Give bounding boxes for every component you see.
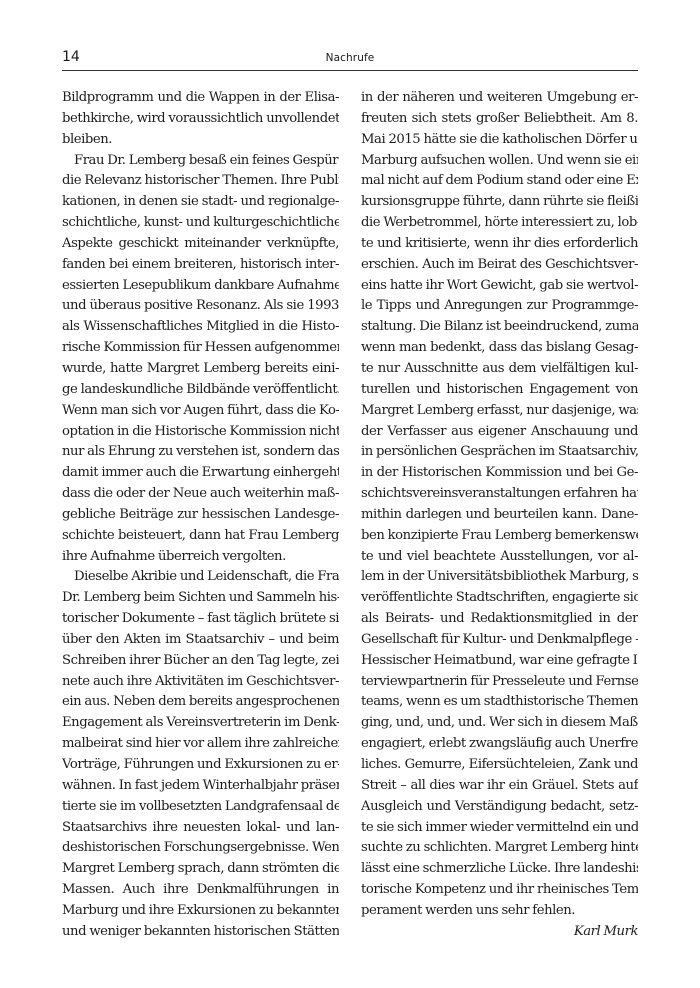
text-line: der Verfasser aus eigener Anschauung und	[361, 422, 638, 443]
text-line: turellen und historischen Engagement von	[361, 380, 638, 401]
text-line: Wenn man sich vor Augen führt, dass die …	[62, 401, 339, 422]
text-line: te nur Ausschnitte aus dem vielfältigen …	[361, 359, 638, 380]
text-line: engagiert, erlebt zwangsläufig auch Uner…	[361, 734, 638, 755]
text-line: kationen, in denen sie stadt- und region…	[62, 192, 339, 213]
text-line: teams, wenn es um stadthistorische Theme…	[361, 692, 638, 713]
text-line: in der näheren und weiteren Umgebung er-	[361, 88, 638, 109]
text-line: als Beirats- und Redaktionsmitglied in d…	[361, 609, 638, 630]
text-line: eins hatte ihr Wort Gewicht, gab sie wer…	[361, 276, 638, 297]
text-line: malbeirat sind hier vor allem ihre zahlr…	[62, 734, 339, 755]
text-line: le Tipps und Anregungen zur Programmge-	[361, 296, 638, 317]
document-page: 14 Nachrufe Bildprogramm und die Wappen …	[0, 0, 700, 988]
text-line: Bildprogramm und die Wappen in der Elisa…	[62, 88, 339, 109]
text-line: und überaus positive Resonanz. Als sie 1…	[62, 296, 339, 317]
text-line: te und kritisierte, wenn ihr dies erford…	[361, 234, 638, 255]
text-line: schichtliche, kunst- und kulturgeschicht…	[62, 213, 339, 234]
text-line: wenn man bedenkt, dass das bislang Gesag…	[361, 338, 638, 359]
text-line: ein aus. Neben dem bereits angesprochene…	[62, 692, 339, 713]
text-line: schichte beisteuert, dann hat Frau Lembe…	[62, 526, 339, 547]
text-line: Staatsarchivs ihre neuesten lokal- und l…	[62, 818, 339, 839]
text-line: staltung. Die Bilanz ist beeindruckend, …	[361, 317, 638, 338]
text-line: bethkirche, wird voraussichtlich unvolle…	[62, 109, 339, 130]
text-line: Engagement als Vereinsvertreterin im Den…	[62, 713, 339, 734]
text-line: über den Akten im Staatsarchiv – und bei…	[62, 630, 339, 651]
text-line: mal nicht auf dem Podium stand oder eine…	[361, 171, 638, 192]
text-line: erschien. Auch im Beirat des Geschichtsv…	[361, 255, 638, 276]
text-line: ihre Aufnahme überreich vergolten.	[62, 547, 339, 568]
text-line: rische Kommission für Hessen aufgenommen	[62, 338, 339, 359]
text-line: wurde, hatte Margret Lemberg bereits ein…	[62, 359, 339, 380]
text-line: bleiben.	[62, 130, 339, 151]
text-line: Vorträge, Führungen und Exkursionen zu e…	[62, 755, 339, 776]
text-line: Marburg aufsuchen wollen. Und wenn sie e…	[361, 151, 638, 172]
text-column-left: Bildprogramm und die Wappen in der Elisa…	[62, 88, 339, 943]
text-line: ben konzipierte Frau Lemberg bemerkenswe…	[361, 526, 638, 547]
text-line: und weniger bekannten historischen Stätt…	[62, 922, 339, 943]
text-line: nur als Ehrung zu verstehen ist, sondern…	[62, 442, 339, 463]
text-line: lässt eine schmerzliche Lücke. Ihre land…	[361, 859, 638, 880]
text-line: damit immer auch die Erwartung einhergeh…	[62, 463, 339, 484]
text-line: in persönlichen Gesprächen im Staatsarch…	[361, 442, 638, 463]
text-line: te sie sich immer wieder vermittelnd ein…	[361, 818, 638, 839]
text-line: kursionsgruppe führte, dann rührte sie f…	[361, 192, 638, 213]
text-line: optation in die Historische Kommission n…	[62, 422, 339, 443]
text-line: deshistorischen Forschungsergebnisse. We…	[62, 838, 339, 859]
text-line: Marburg und ihre Exkursionen zu bekannte…	[62, 901, 339, 922]
text-line: te und viel beachtete Ausstellungen, vor…	[361, 547, 638, 568]
text-line: terviewpartnerin für Presseleute und Fer…	[361, 672, 638, 693]
text-line: ging, und, und, und. Wer sich in diesem …	[361, 713, 638, 734]
section-title: Nachrufe	[62, 47, 638, 69]
text-line: Margret Lemberg erfasst, nur dasjenige, …	[361, 401, 638, 422]
text-line: als Wissenschaftliches Mitglied in die H…	[62, 317, 339, 338]
text-line: veröffentlichte Stadtschriften, engagier…	[361, 588, 638, 609]
author-signature: Karl Murk	[361, 922, 638, 943]
text-line: mithin darlegen und beurteilen kann. Dan…	[361, 505, 638, 526]
text-line: die Relevanz historischer Themen. Ihre P…	[62, 171, 339, 192]
text-line: essierten Lesepublikum dankbare Aufnahme	[62, 276, 339, 297]
text-line: Dr. Lemberg beim Sichten und Sammeln his…	[62, 588, 339, 609]
text-line: wähnen. In fast jedem Winterhalbjahr prä…	[62, 776, 339, 797]
text-line: Frau Dr. Lemberg besaß ein feines Gespür…	[62, 151, 339, 172]
text-line: freuten sich stets großer Beliebtheit. A…	[361, 109, 638, 130]
text-line: nete auch ihre Aktivitäten im Geschichts…	[62, 672, 339, 693]
text-line: torischer Dokumente – fast täglich brüte…	[62, 609, 339, 630]
text-line: liches. Gemurre, Eifersüchteleien, Zank …	[361, 755, 638, 776]
text-line: Gesellschaft für Kultur- und Denkmalpfle…	[361, 630, 638, 651]
text-column-right: in der näheren und weiteren Umgebung er-…	[361, 88, 638, 943]
text-line: Schreiben ihrer Bücher an den Tag legte,…	[62, 651, 339, 672]
text-line: in der Historischen Kommission und bei G…	[361, 463, 638, 484]
running-header: 14 Nachrufe	[62, 46, 638, 68]
text-line: lem in der Universitätsbibliothek Marbur…	[361, 567, 638, 588]
text-line: Aspekte geschickt miteinander verknüpfte…	[62, 234, 339, 255]
text-line: Streit – all dies war ihr ein Gräuel. St…	[361, 776, 638, 797]
text-line: die Werbetrommel, hörte interessiert zu,…	[361, 213, 638, 234]
text-line: Ausgleich und Verständigung bedacht, set…	[361, 797, 638, 818]
text-line: suchte zu schlichten. Margret Lemberg hi…	[361, 838, 638, 859]
text-line: ge landeskundliche Bildbände veröffentli…	[62, 380, 339, 401]
text-line: perament werden uns sehr fehlen.	[361, 901, 638, 922]
text-line: fanden bei einem breiteren, historisch i…	[62, 255, 339, 276]
header-rule	[62, 70, 638, 71]
text-line: Massen. Auch ihre Denkmalführungen in	[62, 880, 339, 901]
text-line: dass die oder der Neue auch weiterhin ma…	[62, 484, 339, 505]
text-line: schichtsvereinsveranstaltungen erfahren …	[361, 484, 638, 505]
text-line: torische Kompetenz und ihr rheinisches T…	[361, 880, 638, 901]
text-line: Dieselbe Akribie und Leidenschaft, die F…	[62, 567, 339, 588]
text-line: Mai 2015 hätte sie die katholischen Dörf…	[361, 130, 638, 151]
text-line: Hessischer Heimatbund, war eine gefragte…	[361, 651, 638, 672]
text-line: gebliche Beiträge zur hessischen Landesg…	[62, 505, 339, 526]
text-line: tierte sie im vollbesetzten Landgrafensa…	[62, 797, 339, 818]
text-line: Margret Lemberg sprach, dann strömten di…	[62, 859, 339, 880]
